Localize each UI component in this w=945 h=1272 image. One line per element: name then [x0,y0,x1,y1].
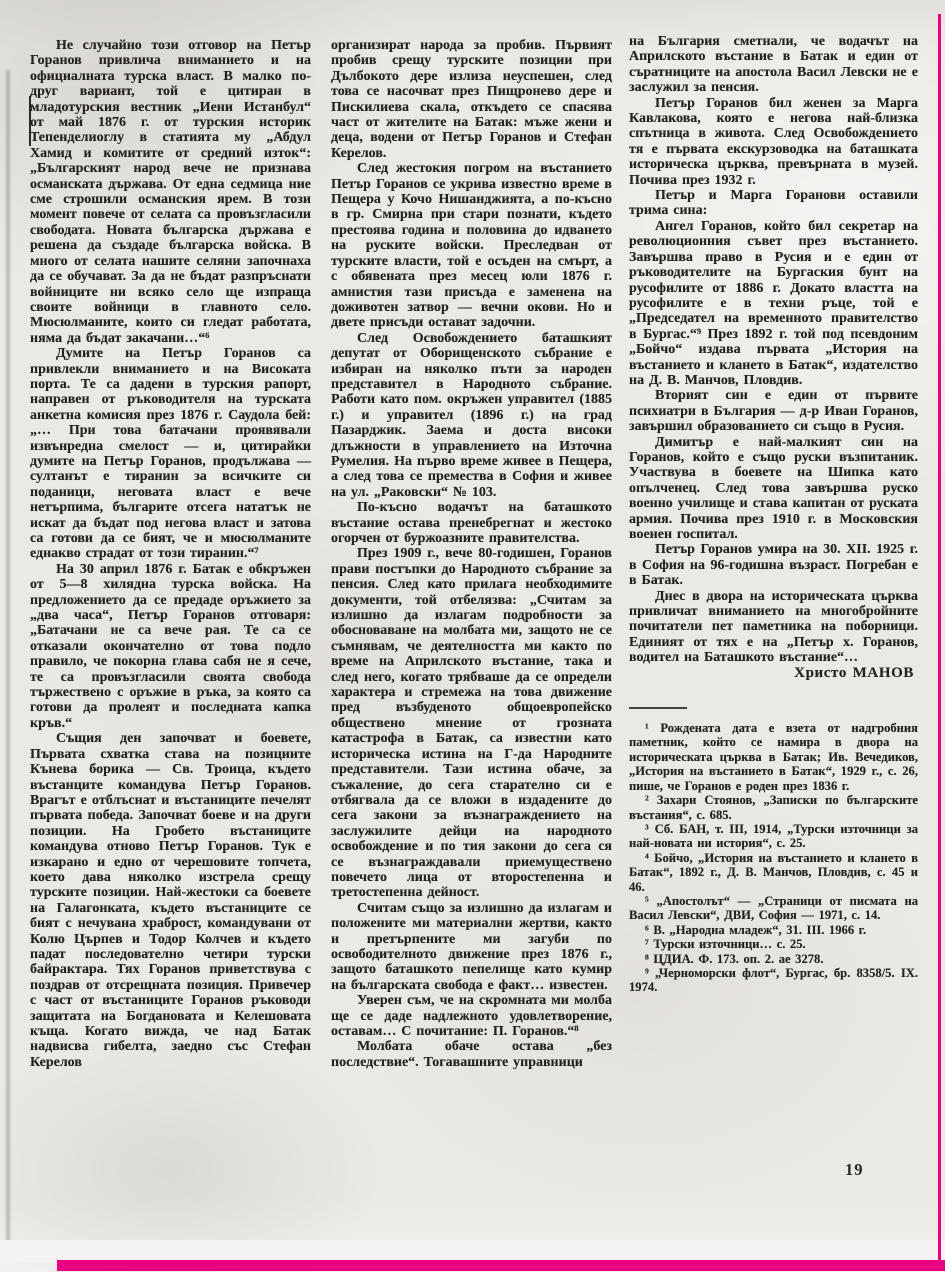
footnote: ⁴ Бойчо, „История на въстанието и кланет… [629,851,918,894]
paragraph: Не случайно този отговор на Петър Горано… [30,38,311,346]
paragraph: Уверен съм, че на скромната ми молба ще … [331,993,612,1039]
footnote: ⁹ „Черноморски флот“, Бургас, бр. 8358/5… [629,966,918,995]
paragraph-continuation: организират народа за пробив. Първият пр… [331,38,612,161]
right-column: на България сметнали, че водачът на Апри… [629,34,918,995]
paragraph: Думите на Петър Горанов са привлекли вни… [30,346,311,562]
paragraph: По-късно водачът на баташкото въстание о… [331,500,612,546]
paragraph: Считам също за излишно да излагам и поло… [331,901,612,993]
magenta-right-border [938,14,941,1264]
footnote: ¹ Рождената дата е взета от надгробния п… [629,721,918,793]
footnote: ⁶ В. „Народна младеж“, 31. III. 1966 г. [629,923,918,937]
scanned-page: Не случайно този отговор на Петър Горано… [0,0,945,1272]
middle-column: организират народа за пробив. Първият пр… [331,38,612,1070]
magenta-bottom-border [57,1260,945,1271]
footnote: ³ Сб. БАН, т. III, 1914, „Турски източни… [629,822,918,851]
paragraph: Димитър е най-малкият син на Горанов, ко… [629,435,918,543]
author-signature: Христо МАНОВ [629,666,918,681]
footnote: ² Захари Стоянов, „Записки по българскит… [629,793,918,822]
page-left-edge-shadow [6,70,10,1248]
paragraph: Същия ден започват и боевете, Първата сх… [30,731,311,1070]
paragraph: През 1909 г., вече 80-годишен, Горанов п… [331,546,612,900]
page-number: 19 [845,1160,864,1180]
footnote: ⁸ ЦДИА. Ф. 173. оп. 2. ае 3278. [629,952,918,966]
paragraph: След Освобождението баташкият депутат от… [331,331,612,500]
paragraph: На 30 април 1876 г. Батак е обкръжен от … [30,562,311,731]
footnote-rule [629,707,687,709]
paragraph: Петър Горанов умира на 30. XII. 1925 г. … [629,542,918,588]
paragraph: Вторият син е един от първите психиатри … [629,388,918,434]
footnote: ⁷ Турски източници… с. 25. [629,937,918,951]
paragraph: След жестокия погром на въстанието Петър… [331,161,612,330]
paragraph: Днес в двора на историческата църква при… [629,589,918,666]
left-column: Не случайно този отговор на Петър Горано… [30,38,311,1070]
paragraph: Молбата обаче остава „без последствие“. … [331,1039,612,1070]
page-bottom-edge [0,1240,945,1262]
footnotes-section: ¹ Рождената дата е взета от надгробния п… [629,721,918,995]
paragraph: Ангел Горанов, който бил секретар на рев… [629,219,918,388]
paragraph: Петър Горанов бил женен за Марга Кавлако… [629,96,918,188]
footnote: ⁵ „Апостолът“ — „Страници от писмата на … [629,894,918,923]
paragraph-continuation: на България сметнали, че водачът на Апри… [629,34,918,96]
paragraph: Петър и Марга Горанови оставили трима си… [629,188,918,219]
